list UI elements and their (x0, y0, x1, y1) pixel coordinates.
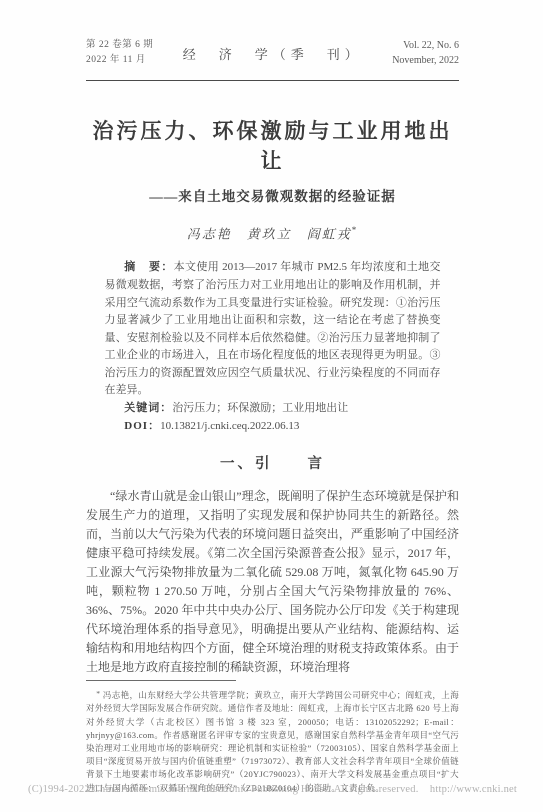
doi-value: 10.13821/j.cnki.ceq.2022.06.13 (160, 420, 299, 432)
article-subtitle: ——来自土地交易微观数据的经验证据 (86, 187, 459, 206)
footnote-marker: * (96, 689, 100, 698)
author-note-marker: * (352, 225, 359, 235)
abstract-block: 摘 要：本文使用 2013—2017 年城市 PM2.5 年均浓度和土地交易微观… (105, 259, 441, 435)
section-heading-introduction: 一、引 言 (86, 453, 459, 475)
keywords-label: 关键词： (124, 402, 172, 414)
footnote-divider (86, 680, 236, 681)
doi-line: DOI：10.13821/j.cnki.ceq.2022.06.13 (105, 418, 441, 436)
date-en: November, 2022 (392, 53, 459, 68)
article-title: 治污压力、环保激励与工业用地出让 (86, 116, 459, 176)
cnki-url: http://www.cnki.net (430, 784, 517, 795)
doi-label: DOI： (124, 420, 160, 432)
abstract-paragraph: 摘 要：本文使用 2013—2017 年城市 PM2.5 年均浓度和土地交易微观… (105, 259, 441, 400)
introduction-paragraph: “绿水青山就是金山银山”理念，既阐明了保护生态环境就是保护和发展生产力的道理，又… (86, 487, 459, 677)
volume-issue-en: Vol. 22, No. 6 (392, 38, 459, 53)
page-content: 第 22 卷第 6 期 2022 年 11 月 经 济 学（季 刊） Vol. … (0, 0, 543, 795)
author-names: 冯志艳 黄玖立 阎虹戎 (187, 226, 352, 241)
keywords-text: 治污压力；环保激励；工业用地出让 (172, 402, 348, 414)
footnote-text: 冯志艳，山东财经大学公共管理学院；黄玖立，南开大学跨国公司研究中心；阎虹戎，上海… (86, 690, 459, 792)
journal-header: 第 22 卷第 6 期 2022 年 11 月 经 济 学（季 刊） Vol. … (86, 38, 459, 81)
journal-issue-cn: 第 22 卷第 6 期 2022 年 11 月 (86, 38, 153, 68)
footnote: * 冯志艳，山东财经大学公共管理学院；黄玖立，南开大学跨国公司研究中心；阎虹戎，… (86, 687, 459, 795)
page-footer: (C)1994-2022 China Academic Journal Elec… (28, 784, 517, 795)
abstract-label: 摘 要： (124, 261, 173, 273)
journal-name: 经 济 学（季 刊） (183, 44, 363, 63)
copyright-text: (C)1994-2022 China Academic Journal Elec… (28, 784, 419, 795)
journal-issue-en: Vol. 22, No. 6 November, 2022 (392, 38, 459, 68)
author-line: 冯志艳 黄玖立 阎虹戎* (86, 221, 459, 243)
date-cn: 2022 年 11 月 (86, 53, 153, 68)
abstract-text: 本文使用 2013—2017 年城市 PM2.5 年均浓度和土地交易微观数据，考… (105, 261, 441, 396)
journal-page: 第 22 卷第 6 期 2022 年 11 月 经 济 学（季 刊） Vol. … (0, 0, 543, 812)
keywords-line: 关键词：治污压力；环保激励；工业用地出让 (105, 400, 441, 418)
volume-issue-cn: 第 22 卷第 6 期 (86, 38, 153, 53)
